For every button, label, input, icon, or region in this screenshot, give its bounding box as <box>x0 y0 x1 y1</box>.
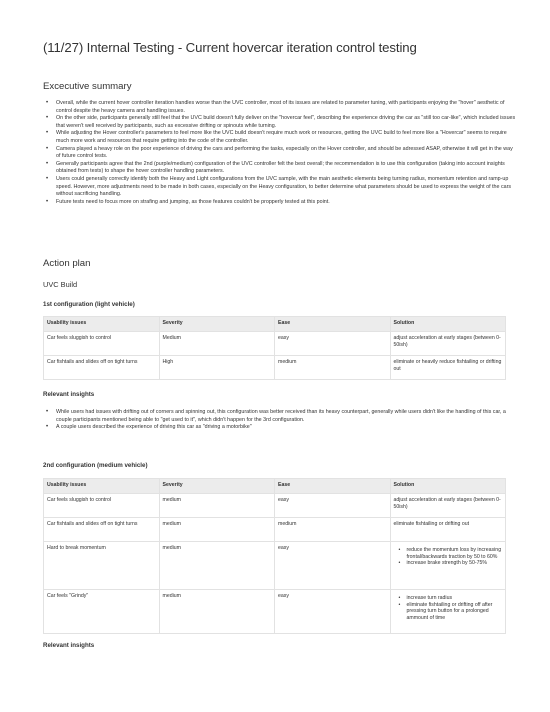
solution-list: increase turn radius eliminate fishtaili… <box>394 595 503 621</box>
ease-cell: easy <box>275 542 391 590</box>
column-header: Ease <box>275 479 391 494</box>
severity-cell: Medium <box>159 332 275 356</box>
column-header: Solution <box>390 479 506 494</box>
table-row: Hard to break momentum medium easy reduc… <box>44 542 506 590</box>
config1-insights-heading: Relevant insights <box>43 391 94 398</box>
config2-insights-heading: Relevant insights <box>43 642 94 649</box>
issue-cell: Hard to break momentum <box>44 542 160 590</box>
action-plan-heading: Action plan <box>43 258 90 269</box>
list-item: Overall, while the current hover control… <box>56 100 518 115</box>
solution-cell: eliminate or heavily reduce fishtailing … <box>390 356 506 380</box>
ease-cell: easy <box>275 590 391 634</box>
list-item: Camera played a heavy role on the poor e… <box>56 146 518 161</box>
list-item: reduce the momentum loss by increasing f… <box>407 547 503 560</box>
ease-cell: medium <box>275 356 391 380</box>
page-title: (11/27) Internal Testing - Current hover… <box>43 40 417 55</box>
ease-cell: medium <box>275 518 391 542</box>
list-item: Generally participants agree that the 2n… <box>56 161 518 176</box>
issue-cell: Car feels "Grindy" <box>44 590 160 634</box>
list-item: While adjusting the Hover controller's p… <box>56 130 518 145</box>
solution-cell: adjust acceleration at early stages (bet… <box>390 494 506 518</box>
issue-cell: Car fishtails and slides off on tight tu… <box>44 518 160 542</box>
config1-issues-table: Usability issues Severity Ease Solution … <box>43 316 506 380</box>
table-row: Car feels sluggish to control Medium eas… <box>44 332 506 356</box>
table-row: Car fishtails and slides off on tight tu… <box>44 356 506 380</box>
list-item: increase brake strength by 50-75% <box>407 560 503 567</box>
table-row: Car feels sluggish to control medium eas… <box>44 494 506 518</box>
severity-cell: medium <box>159 494 275 518</box>
list-item: While users had issues with drifting out… <box>56 409 518 424</box>
list-item: On the other side, participants generall… <box>56 115 518 130</box>
column-header: Severity <box>159 317 275 332</box>
solution-list: reduce the momentum loss by increasing f… <box>394 547 503 567</box>
issue-cell: Car fishtails and slides off on tight tu… <box>44 356 160 380</box>
uvc-build-heading: UVC Build <box>43 280 77 289</box>
config2-issues-table: Usability issues Severity Ease Solution … <box>43 478 506 634</box>
list-item: A couple users described the experience … <box>56 424 518 432</box>
table-header-row: Usability issues Severity Ease Solution <box>44 479 506 494</box>
list-item: eliminate fishtailing or drifting off af… <box>407 602 503 622</box>
executive-summary-list: Overall, while the current hover control… <box>43 100 518 206</box>
severity-cell: High <box>159 356 275 380</box>
solution-cell: increase turn radius eliminate fishtaili… <box>390 590 506 634</box>
severity-cell: medium <box>159 590 275 634</box>
column-header: Severity <box>159 479 275 494</box>
list-item: Future tests need to focus more on straf… <box>56 199 518 207</box>
config1-insights-list: While users had issues with drifting out… <box>43 409 518 432</box>
solution-cell: adjust acceleration at early stages (bet… <box>390 332 506 356</box>
severity-cell: medium <box>159 542 275 590</box>
ease-cell: easy <box>275 494 391 518</box>
config1-heading: 1st configuration (light vehicle) <box>43 301 135 308</box>
list-item: increase turn radius <box>407 595 503 602</box>
list-item: Users could generally correctly identify… <box>56 176 518 199</box>
solution-cell: eliminate fishtailing or drifting out <box>390 518 506 542</box>
issue-cell: Car feels sluggish to control <box>44 494 160 518</box>
solution-cell: reduce the momentum loss by increasing f… <box>390 542 506 590</box>
table-row: Car feels "Grindy" medium easy increase … <box>44 590 506 634</box>
column-header: Usability issues <box>44 479 160 494</box>
ease-cell: easy <box>275 332 391 356</box>
table-header-row: Usability issues Severity Ease Solution <box>44 317 506 332</box>
config2-heading: 2nd configuration (medium vehicle) <box>43 462 148 469</box>
issue-cell: Car feels sluggish to control <box>44 332 160 356</box>
column-header: Solution <box>390 317 506 332</box>
table-row: Car fishtails and slides off on tight tu… <box>44 518 506 542</box>
column-header: Usability issues <box>44 317 160 332</box>
executive-summary-heading: Excecutive summary <box>43 81 132 92</box>
column-header: Ease <box>275 317 391 332</box>
severity-cell: medium <box>159 518 275 542</box>
